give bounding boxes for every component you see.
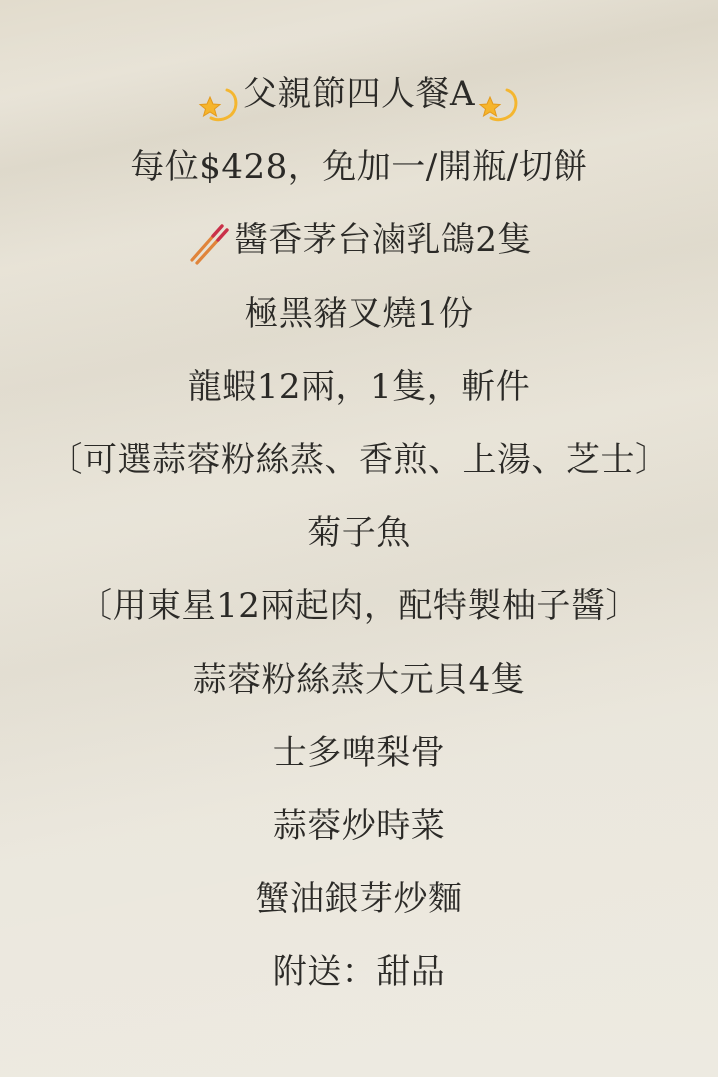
menu-item: 極黑豬叉燒1份 [0,278,718,351]
menu-item: 蒜蓉炒時菜 [0,790,718,863]
menu-item: 蟹油銀芽炒麵 [0,863,718,936]
chopsticks-icon [186,219,232,265]
menu-item: 龍蝦12兩，1隻，斬件 [0,351,718,424]
menu-item: 醬香茅台滷乳鴿2隻 [0,204,718,277]
menu-title-line: 父親節四人餐A [0,58,718,131]
dizzy-star-icon [197,76,241,114]
menu-item: 士多啤梨骨 [0,717,718,790]
price-line: 每位$428，免加一/開瓶/切餅 [0,131,718,204]
menu-item: 菊子魚 [0,497,718,570]
menu-item-note: 〔可選蒜蓉粉絲蒸、香煎、上湯、芝士〕 [0,424,718,497]
menu-item-label: 醬香茅台滷乳鴿2隻 [234,220,532,260]
menu-item-note: 〔用東星12兩起肉，配特製柚子醬〕 [0,570,718,643]
menu-item-dessert: 附送：甜品 [0,936,718,1009]
set-menu: 父親節四人餐A 每位$428，免加一/開瓶/切餅 醬香茅台滷乳鴿2隻 極黑豬叉燒… [0,58,718,1009]
dizzy-star-icon [477,76,521,114]
menu-item: 蒜蓉粉絲蒸大元貝4隻 [0,644,718,717]
menu-title: 父親節四人餐A [243,58,475,131]
